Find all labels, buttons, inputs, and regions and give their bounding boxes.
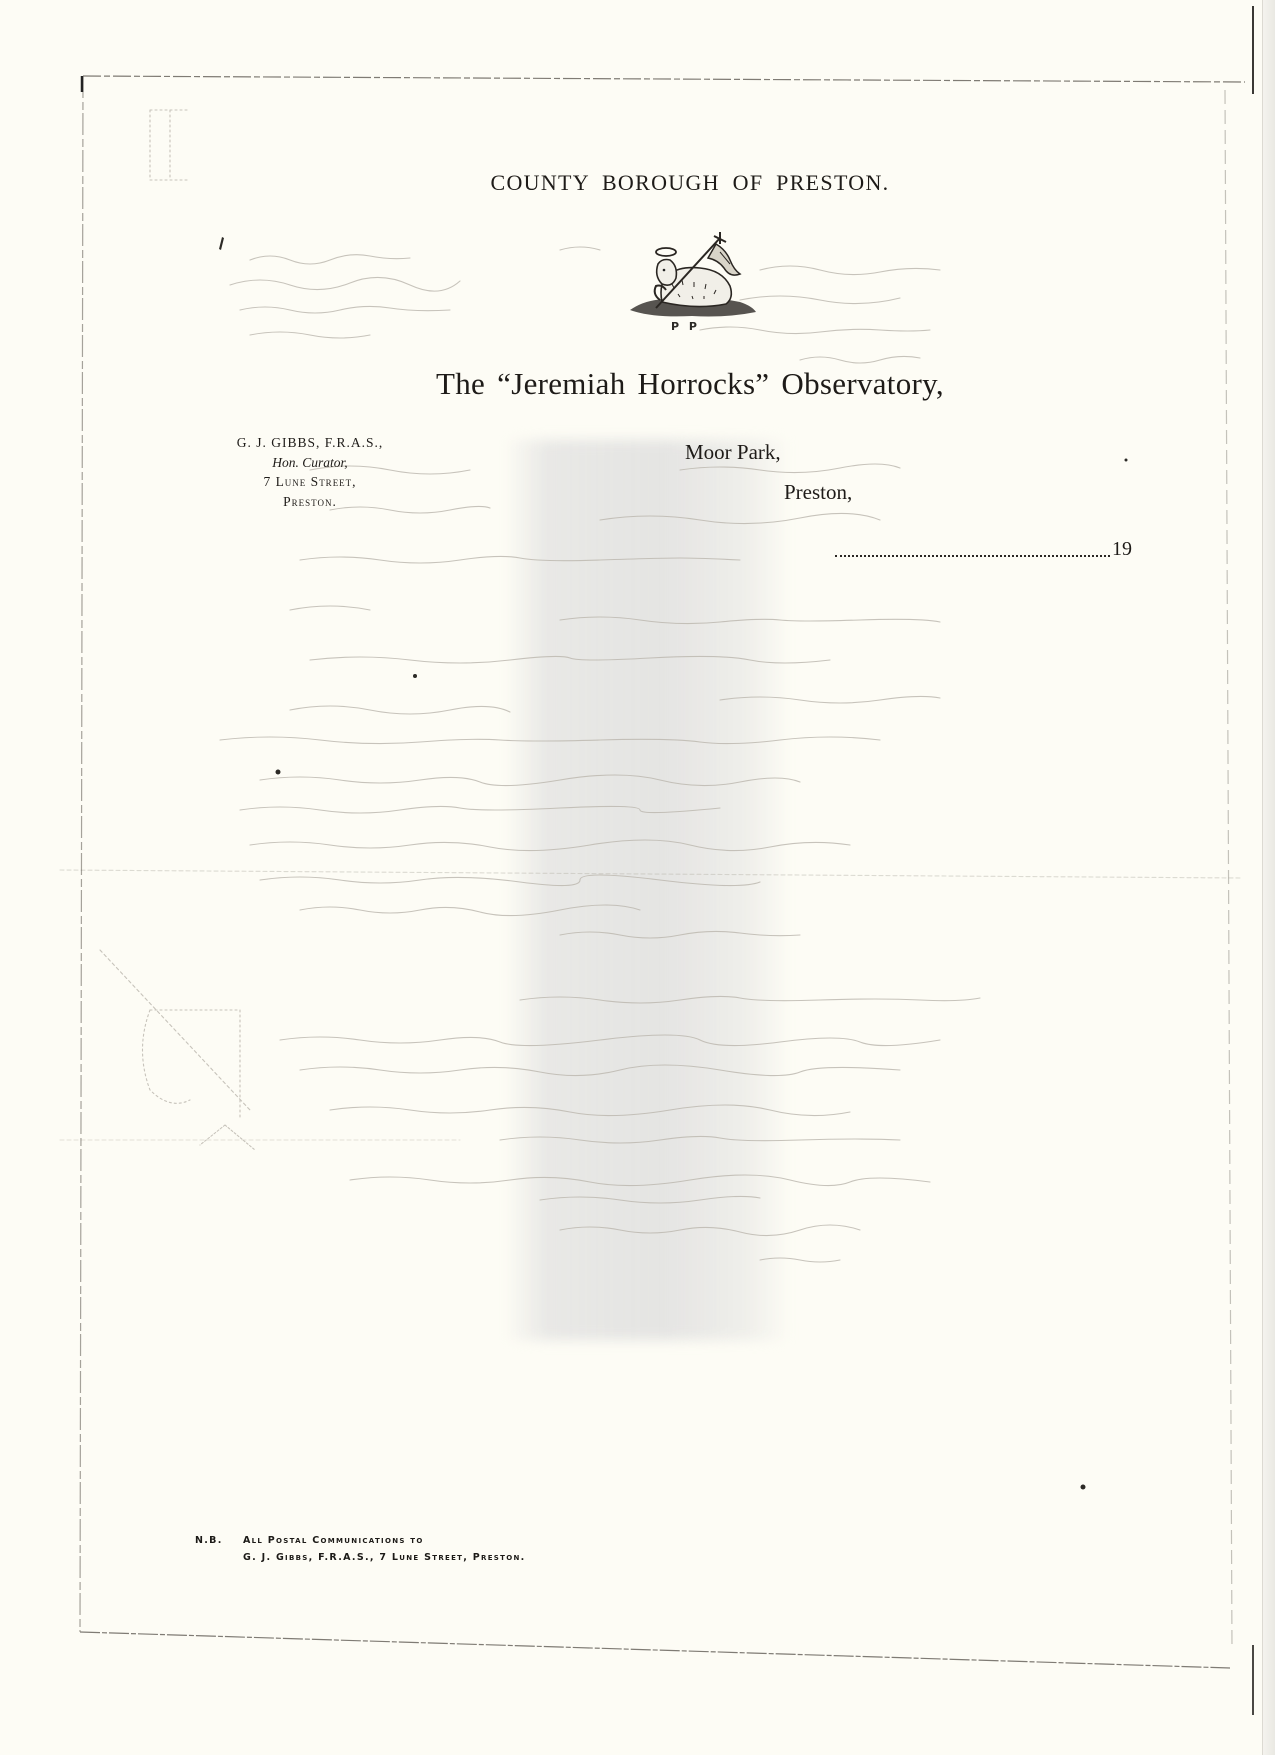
borough-heading: COUNTY BOROUGH OF PRESTON.	[440, 170, 940, 196]
curator-address-block: G. J. GIBBS, F.R.A.S., Hon. Curator, 7 L…	[190, 433, 430, 511]
postal-footer: N.B.All Postal Communications to G. J. G…	[195, 1532, 526, 1566]
page-edge-mark-bottom	[1252, 1645, 1254, 1715]
location-line-1: Moor Park,	[685, 440, 781, 465]
footer-line-2: G. J. Gibbs, F.R.A.S., 7 Lune Street, Pr…	[195, 1549, 526, 1566]
page-edge-right	[1262, 0, 1275, 1755]
curator-role: Hon. Curator,	[190, 453, 430, 473]
location-line-2: Preston,	[784, 480, 852, 505]
curator-street: 7 Lune Street,	[190, 472, 430, 492]
date-dotted-line	[835, 545, 1110, 557]
crest-initials: P P	[671, 320, 700, 333]
footer-line-1: All Postal Communications to	[243, 1535, 424, 1546]
curator-town: Preston.	[190, 492, 430, 512]
letterhead-page: COUNTY BOROUGH OF PRESTON. P P The “Jere…	[0, 0, 1275, 1755]
observatory-title: The “Jeremiah Horrocks” Observatory,	[360, 366, 1020, 402]
page-edge-mark-top	[1252, 6, 1254, 94]
footer-nb-label: N.B.	[195, 1532, 243, 1549]
date-year-prefix: 19	[1112, 538, 1132, 561]
curator-name: G. J. GIBBS, F.R.A.S.,	[190, 433, 430, 453]
